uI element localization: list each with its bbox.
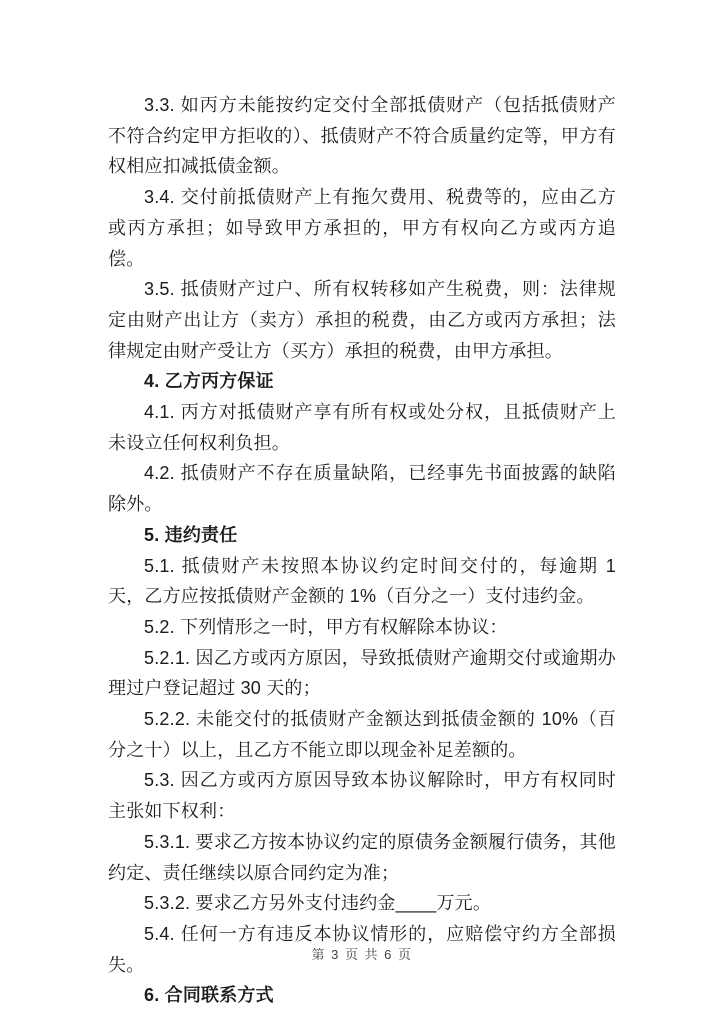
contract-document-page: 3.3. 如丙方未能按约定交付全部抵债财产（包括抵债财产不符合约定甲方拒收的）、… xyxy=(0,0,724,1024)
section-heading-4: 4. 乙方丙方保证 xyxy=(108,366,616,397)
page-number-indicator: 第 3 页 共 6 页 xyxy=(0,944,724,963)
clause-5-1: 5.1. 抵债财产未按照本协议约定时间交付的，每逾期 1 天，乙方应按抵债财产金… xyxy=(108,551,616,612)
clause-5-3-1: 5.3.1. 要求乙方按本协议约定的原债务金额履行债务，其他约定、责任继续以原合… xyxy=(108,827,616,888)
clause-5-3-2: 5.3.2. 要求乙方另外支付违约金____万元。 xyxy=(108,888,616,919)
section-heading-5: 5. 违约责任 xyxy=(108,520,616,551)
clause-3-5: 3.5. 抵债财产过户、所有权转移如产生税费，则：法律规定由财产出让方（卖方）承… xyxy=(108,274,616,366)
clause-3-3: 3.3. 如丙方未能按约定交付全部抵债财产（包括抵债财产不符合约定甲方拒收的）、… xyxy=(108,90,616,182)
document-body: 3.3. 如丙方未能按约定交付全部抵债财产（包括抵债财产不符合约定甲方拒收的）、… xyxy=(108,90,616,1011)
clause-5-2-2: 5.2.2. 未能交付的抵债财产金额达到抵债金额的 10%（百分之十）以上，且乙… xyxy=(108,704,616,765)
clause-5-2-1: 5.2.1. 因乙方或丙方原因，导致抵债财产逾期交付或逾期办理过户登记超过 30… xyxy=(108,643,616,704)
clause-4-1: 4.1. 丙方对抵债财产享有所有权或处分权，且抵债财产上未设立任何权利负担。 xyxy=(108,397,616,458)
clause-5-3: 5.3. 因乙方或丙方原因导致本协议解除时，甲方有权同时主张如下权利： xyxy=(108,765,616,826)
section-heading-6: 6. 合同联系方式 xyxy=(108,980,616,1011)
clause-5-2: 5.2. 下列情形之一时，甲方有权解除本协议： xyxy=(108,612,616,643)
clause-4-2: 4.2. 抵债财产不存在质量缺陷，已经事先书面披露的缺陷除外。 xyxy=(108,458,616,519)
clause-3-4: 3.4. 交付前抵债财产上有拖欠费用、税费等的，应由乙方或丙方承担；如导致甲方承… xyxy=(108,182,616,274)
